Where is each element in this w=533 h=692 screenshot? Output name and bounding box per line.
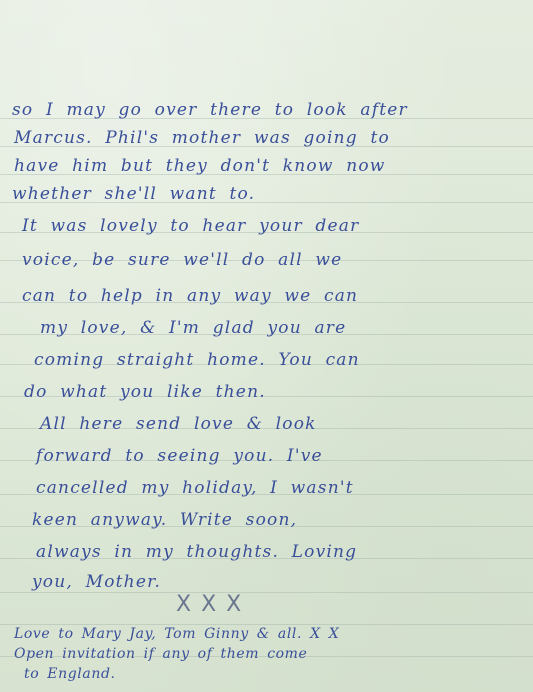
letter-line: coming straight home. You can	[34, 350, 360, 370]
letter-line: do what you like then.	[24, 382, 266, 402]
letter-line: All here send love & look	[40, 414, 317, 434]
letter-line: can to help in any way we can	[22, 286, 358, 306]
letter-line: whether she'll want to.	[12, 184, 255, 204]
postscript-line: Love to Mary Jay, Tom Ginny & all. X X	[14, 624, 339, 644]
letter-line: cancelled my holiday, I wasn't	[36, 478, 354, 498]
ruled-line	[0, 592, 533, 593]
letter-line: voice, be sure we'll do all we	[22, 250, 342, 270]
letter-page: so I may go over there to look after Mar…	[0, 0, 533, 692]
postscript-line: to England.	[24, 664, 116, 684]
letter-line: keen anyway. Write soon,	[32, 510, 297, 530]
letter-line: always in my thoughts. Loving	[36, 542, 357, 562]
kisses: XXX	[176, 592, 251, 617]
postscript-line: Open invitation if any of them come	[14, 644, 307, 664]
letter-signature: you, Mother.	[32, 572, 161, 592]
letter-line: Marcus. Phil's mother was going to	[14, 128, 390, 148]
letter-line: It was lovely to hear your dear	[22, 216, 359, 236]
letter-line: so I may go over there to look after	[12, 100, 408, 120]
letter-line: my love, & I'm glad you are	[40, 318, 346, 338]
letter-line: forward to seeing you. I've	[36, 446, 323, 466]
letter-line: have him but they don't know now	[14, 156, 386, 176]
